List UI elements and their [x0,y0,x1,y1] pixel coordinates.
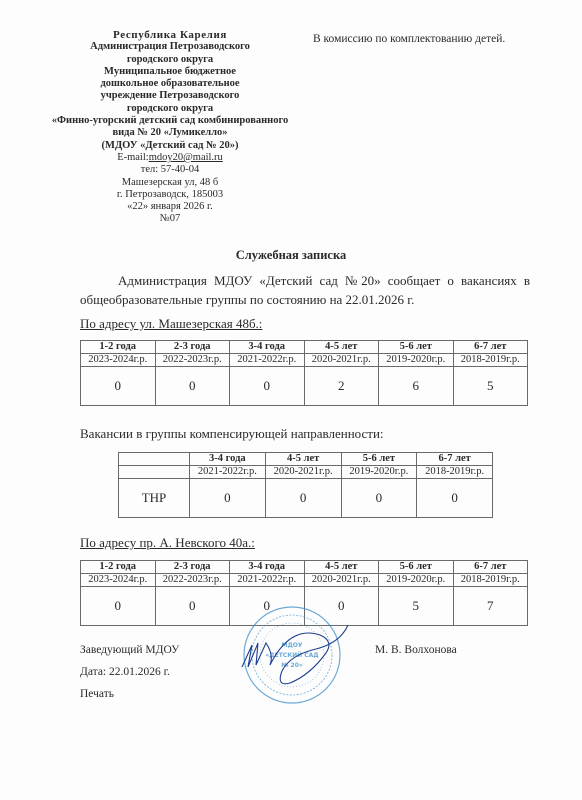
letterhead-line: Муниципальное бюджетное [40,66,300,78]
age-group-header: 6-7 лет [453,341,528,354]
letterhead-line: (МДОУ «Детский сад № 20») [40,140,300,152]
group-type-label: ТНР [119,479,190,518]
vacancy-row: ТНР0000 [119,479,493,518]
birth-year-header: 2021-2022г.р. [230,354,305,367]
seal-label: Печать [80,688,114,700]
birth-year-header: 2019-2020г.р. [379,354,454,367]
age-group-header: 1-2 года [81,561,156,574]
birth-year-row: 2021-2022г.р.2020-2021г.р.2019-2020г.р.2… [119,466,493,479]
letterhead-region: Республика Карелия [40,29,300,41]
birth-year-header: 2020-2021г.р. [304,574,379,587]
letterhead-city: г. Петрозаводск, 185003 [40,189,300,201]
age-group-header: 4-5 лет [304,341,379,354]
section-label-mashezerskaya: По адресу ул. Машезерская 48б.: [80,316,262,332]
age-group-header: 1-2 года [81,341,156,354]
vacancy-count: 0 [81,587,156,626]
vacancy-count: 0 [81,367,156,406]
letterhead-line: городского округа [40,103,300,115]
age-group-header: 3-4 года [190,453,266,466]
letterhead-line: Администрация Петрозаводского [40,41,300,53]
vacancy-table-compensatory: 3-4 года4-5 лет5-6 лет6-7 лет 2021-2022г… [118,452,493,518]
age-group-row: 3-4 года4-5 лет5-6 лет6-7 лет [119,453,493,466]
age-group-header: 2-3 года [155,341,230,354]
birth-year-header: 2020-2021г.р. [304,354,379,367]
signer-role: Заведующий МДОУ [80,644,179,656]
birth-year-header: 2022-2023г.р. [155,354,230,367]
age-group-header: 5-6 лет [341,453,417,466]
vacancy-count: 0 [341,479,417,518]
birth-year-header: 2021-2022г.р. [230,574,305,587]
age-group-header: 3-4 года [230,561,305,574]
age-group-header: 5-6 лет [379,561,454,574]
section-label-compensatory: Вакансии в группы компенсирующей направл… [80,426,384,442]
vacancy-count: 0 [230,367,305,406]
birth-year-header: 2022-2023г.р. [155,574,230,587]
vacancy-count: 7 [453,587,528,626]
empty-header-cell [119,466,190,479]
birth-year-header: 2021-2022г.р. [190,466,266,479]
vacancy-count: 6 [379,367,454,406]
svg-text:№ 20»: № 20» [281,662,303,669]
empty-header-cell [119,453,190,466]
age-group-header: 2-3 года [155,561,230,574]
vacancy-count: 5 [453,367,528,406]
addressee: В комиссию по комплектованию детей. [313,33,505,45]
age-group-row: 1-2 года2-3 года3-4 года4-5 лет5-6 лет6-… [81,561,528,574]
vacancy-table-mashezerskaya: 1-2 года2-3 года3-4 года4-5 лет5-6 лет6-… [80,340,528,406]
birth-year-header: 2018-2019г.р. [453,354,528,367]
birth-year-row: 2023-2024г.р.2022-2023г.р.2021-2022г.р.2… [81,354,528,367]
vacancy-count: 2 [304,367,379,406]
birth-year-header: 2020-2021г.р. [265,466,341,479]
vacancy-count: 5 [379,587,454,626]
letterhead-line: вида № 20 «Лумикелло» [40,127,300,139]
email-link[interactable]: mdoy20@mail.ru [149,152,223,163]
birth-year-header: 2023-2024г.р. [81,574,156,587]
letterhead-line: дошкольное образовательное [40,78,300,90]
birth-year-header: 2018-2019г.р. [417,466,493,479]
letterhead-street: Машезерская ул, 48 б [40,177,300,189]
document-page: Республика Карелия Администрация Петроза… [0,0,582,800]
memo-intro: Администрация МДОУ «Детский сад №20» соо… [80,271,530,309]
email-label: E-mail: [117,152,149,163]
vacancy-count: 0 [155,367,230,406]
letterhead: Республика Карелия Администрация Петроза… [40,29,300,226]
age-group-header: 4-5 лет [265,453,341,466]
birth-year-row: 2023-2024г.р.2022-2023г.р.2021-2022г.р.2… [81,574,528,587]
age-group-header: 6-7 лет [417,453,493,466]
official-stamp: МДОУ «ДЕТСКИЙ САД № 20» [230,605,350,705]
letterhead-email-line: E-mail:mdoy20@mail.ru [40,152,300,164]
age-group-header: 4-5 лет [304,561,379,574]
letterhead-number: №07 [40,213,300,225]
memo-intro-line-2: общеобразовательные группы по состоянию … [80,292,414,307]
letterhead-line: «Финно-угорский детский сад комбинирован… [40,115,300,127]
birth-year-header: 2019-2020г.р. [341,466,417,479]
age-group-header: 6-7 лет [453,561,528,574]
memo-intro-line-1: Администрация МДОУ «Детский сад №20» соо… [80,271,530,290]
vacancy-count: 0 [190,479,266,518]
vacancy-count: 0 [155,587,230,626]
memo-title: Служебная записка [0,248,582,263]
signature-date: Дата: 22.01.2026 г. [80,666,170,678]
age-group-row: 1-2 года2-3 года3-4 года4-5 лет5-6 лет6-… [81,341,528,354]
section-label-nevskogo: По адресу пр. А. Невского 40а.: [80,535,255,551]
birth-year-header: 2019-2020г.р. [379,574,454,587]
birth-year-header: 2018-2019г.р. [453,574,528,587]
letterhead-line: учреждение Петрозаводского [40,90,300,102]
letterhead-phone: тел: 57-40-04 [40,164,300,176]
age-group-header: 5-6 лет [379,341,454,354]
birth-year-header: 2023-2024г.р. [81,354,156,367]
signer-name: М. В. Волхонова [375,644,457,656]
letterhead-line: городского округа [40,54,300,66]
vacancy-count: 0 [417,479,493,518]
vacancy-count: 0 [265,479,341,518]
age-group-header: 3-4 года [230,341,305,354]
letterhead-date: «22» января 2026 г. [40,201,300,213]
vacancy-row: 000265 [81,367,528,406]
